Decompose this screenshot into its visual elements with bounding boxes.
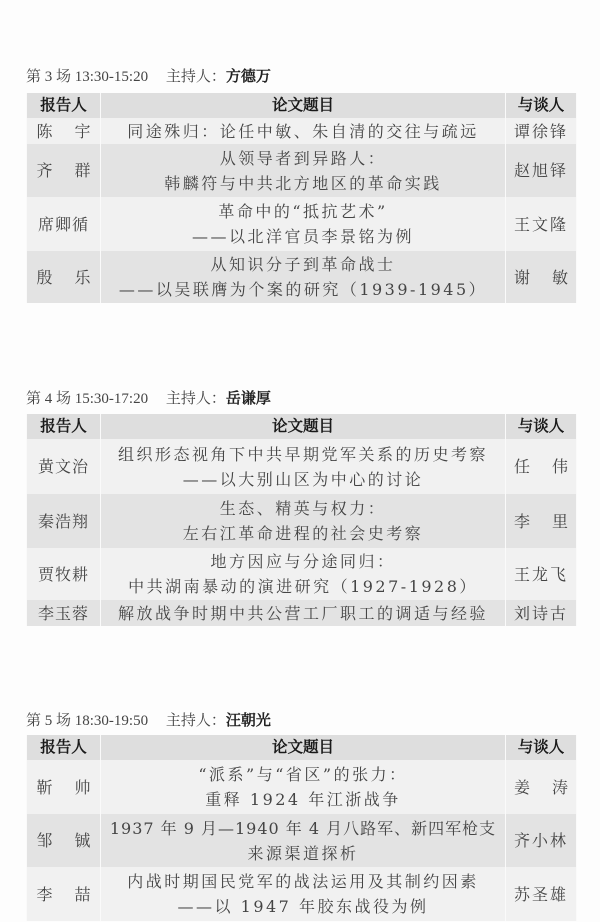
presenter-cell: 陈宇 [27,118,101,144]
title-cell: 革命中的“抵抗艺术”——以北洋官员李景铭为例 [101,197,506,251]
header-title: 论文题目 [101,414,506,439]
discussant-name: 李里 [514,509,568,534]
title-line: 组织形态视角下中共早期党军关系的历史考察 [101,442,505,467]
title-line: “派系”与“省区”的张力： [101,762,505,787]
table-row: 席卿循 革命中的“抵抗艺术”——以北洋官员李景铭为例 王文隆 [27,197,577,251]
table-row: 邹铖 1937 年 9 月—1940 年 4 月八路军、新四军枪支来源渠道探析 … [27,814,577,867]
title-cell: 地方因应与分途同归：中共湖南暴动的演进研究（1927-1928） [101,548,506,600]
session-time: 15:30-17:20 [75,391,148,407]
discussant-cell: 任伟 [506,439,577,494]
table-row: 靳帅 “派系”与“省区”的张力：重释 1924 年江浙战争 姜涛 [27,760,577,814]
title-line: 中共湖南暴动的演进研究（1927-1928） [101,574,505,599]
title-line: 左右江革命进程的社会史考察 [101,521,505,546]
session-label: 第 5 场 [26,713,71,729]
title-line: 生态、精英与权力： [101,496,505,521]
session-time: 18:30-19:50 [75,713,148,729]
discussant-cell: 谢敏 [506,251,577,303]
header-presenter: 报告人 [27,735,101,760]
table-row: 齐群 从领导者到异路人：韩麟符与中共北方地区的革命实践 赵旭铎 [27,144,577,197]
title-line: 同途殊归：论任中敏、朱自清的交往与疏远 [101,119,505,144]
table-row: 李玉蓉 解放战争时期中共公营工厂职工的调适与经验 刘诗古 [27,600,577,626]
session-3-table: 报告人 论文题目 与谈人 陈宇 同途殊归：论任中敏、朱自清的交往与疏远 谭徐锋 … [26,93,577,303]
title-cell: 1937 年 9 月—1940 年 4 月八路军、新四军枪支来源渠道探析 [101,814,506,867]
presenter-name: 邹铖 [37,828,91,853]
discussant-cell: 赵旭铎 [506,144,577,197]
session-4-table: 报告人 论文题目 与谈人 黄文治 组织形态视角下中共早期党军关系的历史考察——以… [26,414,577,626]
table-row: 黄文治 组织形态视角下中共早期党军关系的历史考察——以大别山区为中心的讨论 任伟 [27,439,577,494]
presenter-name: 齐群 [37,158,91,183]
discussant-cell: 王龙飞 [506,548,577,600]
presenter-cell: 殷乐 [27,251,101,303]
header-title: 论文题目 [101,735,506,760]
presenter-cell: 黄文治 [27,439,101,494]
session-label: 第 4 场 [26,391,71,407]
discussant-cell: 齐小林 [506,814,577,867]
title-line: 解放战争时期中共公营工厂职工的调适与经验 [101,601,505,626]
session-5-table: 报告人 论文题目 与谈人 靳帅 “派系”与“省区”的张力：重释 1924 年江浙… [26,735,577,921]
title-line: 内战时期国民党军的战法运用及其制约因素 [101,869,505,894]
session-3-heading: 第 3 场 13:30-15:20 主持人：方德万 [26,67,271,86]
presenter-name: 陈宇 [37,119,91,144]
table-row: 殷乐 从知识分子到革命战士——以吴联膺为个案的研究（1939-1945） 谢敏 [27,251,577,303]
presenter-cell: 秦浩翔 [27,494,101,548]
session-5-heading: 第 5 场 18:30-19:50 主持人：汪朝光 [26,711,271,730]
presenter-cell: 齐群 [27,144,101,197]
title-line: 重释 1924 年江浙战争 [101,787,505,812]
host-label: 主持人： [166,69,226,85]
title-line: ——以北洋官员李景铭为例 [101,224,505,249]
presenter-cell: 靳帅 [27,760,101,814]
discussant-cell: 姜涛 [506,760,577,814]
title-cell: 从领导者到异路人：韩麟符与中共北方地区的革命实践 [101,144,506,197]
header-discussant: 与谈人 [506,93,577,118]
discussant-cell: 谭徐锋 [506,118,577,144]
table-row: 李喆 内战时期国民党军的战法运用及其制约因素——以 1947 年胶东战役为例 苏… [27,867,577,921]
title-line: 地方因应与分途同归： [101,549,505,574]
presenter-cell: 李玉蓉 [27,600,101,626]
title-line: 韩麟符与中共北方地区的革命实践 [101,171,505,196]
title-line: 从知识分子到革命战士 [101,252,505,277]
header-discussant: 与谈人 [506,735,577,760]
title-line: 革命中的“抵抗艺术” [101,199,505,224]
table-row: 秦浩翔 生态、精英与权力：左右江革命进程的社会史考察 李里 [27,494,577,548]
title-line: 从领导者到异路人： [101,146,505,171]
session-label: 第 3 场 [26,69,71,85]
header-title: 论文题目 [101,93,506,118]
discussant-cell: 苏圣雄 [506,867,577,921]
header-presenter: 报告人 [27,93,101,118]
header-presenter: 报告人 [27,414,101,439]
title-cell: 组织形态视角下中共早期党军关系的历史考察——以大别山区为中心的讨论 [101,439,506,494]
title-line: 来源渠道探析 [101,841,505,866]
discussant-cell: 刘诗古 [506,600,577,626]
table-header-row: 报告人 论文题目 与谈人 [27,735,577,760]
host-name: 方德万 [226,67,271,85]
title-cell: “派系”与“省区”的张力：重释 1924 年江浙战争 [101,760,506,814]
title-line: ——以吴联膺为个案的研究（1939-1945） [101,277,505,302]
table-row: 陈宇 同途殊归：论任中敏、朱自清的交往与疏远 谭徐锋 [27,118,577,144]
session-time: 13:30-15:20 [75,69,148,85]
title-cell: 生态、精英与权力：左右江革命进程的社会史考察 [101,494,506,548]
presenter-cell: 贾牧耕 [27,548,101,600]
host-name: 岳谦厚 [226,389,271,407]
presenter-name: 靳帅 [37,775,91,800]
presenter-cell: 邹铖 [27,814,101,867]
title-cell: 内战时期国民党军的战法运用及其制约因素——以 1947 年胶东战役为例 [101,867,506,921]
presenter-cell: 席卿循 [27,197,101,251]
title-line: ——以大别山区为中心的讨论 [101,467,505,492]
presenter-cell: 李喆 [27,867,101,921]
title-cell: 同途殊归：论任中敏、朱自清的交往与疏远 [101,118,506,144]
host-label: 主持人： [166,391,226,407]
discussant-name: 谢敏 [514,265,568,290]
presenter-name: 殷乐 [37,265,91,290]
table-row: 贾牧耕 地方因应与分途同归：中共湖南暴动的演进研究（1927-1928） 王龙飞 [27,548,577,600]
table-header-row: 报告人 论文题目 与谈人 [27,93,577,118]
host-label: 主持人： [166,713,226,729]
presenter-name: 李喆 [37,882,91,907]
session-4-heading: 第 4 场 15:30-17:20 主持人：岳谦厚 [26,389,271,408]
title-line: ——以 1947 年胶东战役为例 [101,894,505,919]
table-header-row: 报告人 论文题目 与谈人 [27,414,577,439]
title-cell: 解放战争时期中共公营工厂职工的调适与经验 [101,600,506,626]
header-discussant: 与谈人 [506,414,577,439]
discussant-name: 任伟 [514,454,568,479]
title-cell: 从知识分子到革命战士——以吴联膺为个案的研究（1939-1945） [101,251,506,303]
discussant-cell: 李里 [506,494,577,548]
discussant-name: 姜涛 [514,775,568,800]
host-name: 汪朝光 [226,711,271,729]
discussant-cell: 王文隆 [506,197,577,251]
title-line: 1937 年 9 月—1940 年 4 月八路军、新四军枪支 [101,816,505,841]
